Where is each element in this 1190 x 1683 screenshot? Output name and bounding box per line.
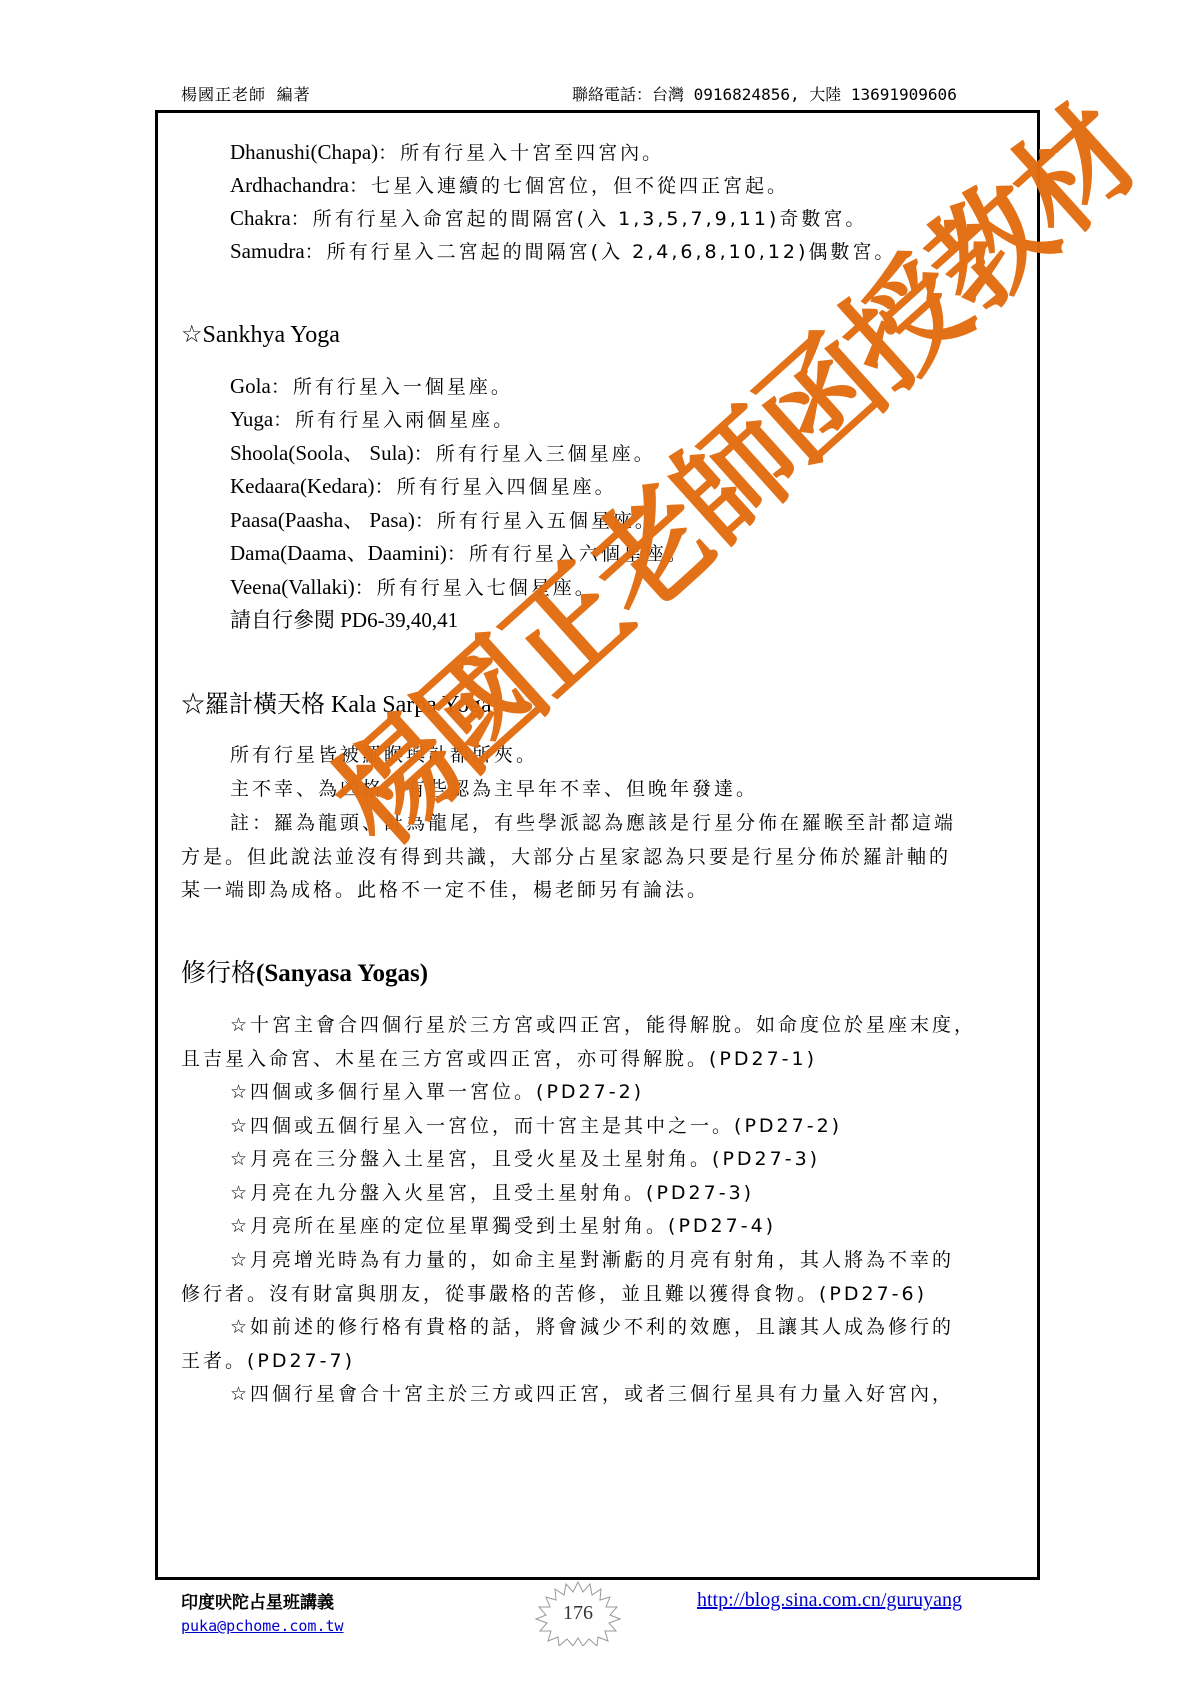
yoga-item: Chakra：所有行星入命宮起的間隔宮(入 1,3,5,7,9,11)奇數宮。 xyxy=(230,205,867,232)
paragraph-line: ☆月亮所在星座的定位星單獨受到土星射角。(PD27-4) xyxy=(230,1213,776,1239)
header-author: 楊國正老師 編著 xyxy=(181,82,311,105)
header-contact: 聯絡電話：台灣 0916824856, 大陸 13691909606 xyxy=(572,82,957,105)
paragraph-line: 所有行星皆被羅睺與計都所夾。 xyxy=(230,742,538,768)
paragraph-line: ☆四個或多個行星入單一宮位。(PD27-2) xyxy=(230,1079,644,1105)
yoga-desc: ：所有行星入三個星座。 xyxy=(414,443,656,465)
yoga-term: Yuga xyxy=(230,407,273,431)
yoga-item: Shoola(Soola、 Sula)：所有行星入三個星座。 xyxy=(230,440,656,467)
yoga-desc: ：所有行星入五個星座。 xyxy=(415,510,657,532)
footer-course-title: 印度吠陀占星班講義 xyxy=(181,1588,334,1613)
yoga-term: Chakra xyxy=(230,206,291,230)
paragraph-line: 修行者。沒有財富與朋友，從事嚴格的苦修，並且難以獲得食物。(PD27-6) xyxy=(181,1281,927,1307)
yoga-item: Samudra：所有行星入二宮起的間隔宮(入 2,4,6,8,10,12)偶數宮… xyxy=(230,238,896,265)
paragraph-line: ☆月亮在三分盤入土星宮，且受火星及土星射角。(PD27-3) xyxy=(230,1146,820,1172)
paragraph-line: ☆十宮主會合四個行星於三方宮或四正宮，能得解脫。如命度位於星座末度， xyxy=(230,1012,976,1038)
page-number-badge: 176 xyxy=(533,1580,623,1646)
section-heading-sankhya: ☆Sankhya Yoga xyxy=(181,322,340,348)
section-heading-kala-sarpa: ☆羅計橫天格 Kala Sarpa Yoga xyxy=(181,692,492,718)
yoga-desc: ：七星入連續的七個宮位，但不從四正宮起。 xyxy=(349,175,789,197)
yoga-desc: ：所有行星入十宮至四宮內。 xyxy=(378,142,664,164)
yoga-desc: ：所有行星入六個星座。 xyxy=(447,543,689,565)
yoga-term: Samudra xyxy=(230,239,305,263)
yoga-desc: ：所有行星入命宮起的間隔宮(入 1,3,5,7,9,11)奇數宮。 xyxy=(291,208,868,230)
yoga-term: Gola xyxy=(230,374,271,398)
yoga-term: Ardhachandra xyxy=(230,173,349,197)
paragraph-line: 且吉星入命宮、木星在三方宮或四正宮，亦可得解脫。(PD27-1) xyxy=(181,1046,817,1072)
yoga-item: Yuga：所有行星入兩個星座。 xyxy=(230,406,515,433)
heading-latin: (Sanyasa Yogas) xyxy=(256,960,428,987)
paragraph-line: ☆月亮在九分盤入火星宮，且受土星射角。(PD27-3) xyxy=(230,1180,754,1206)
paragraph-line: 方是。但此說法並沒有得到共識，大部分占星家認為只要是行星分佈於羅計軸的 xyxy=(181,844,951,870)
yoga-term: Paasa(Paasha、 Pasa) xyxy=(230,508,415,532)
yoga-desc: ：所有行星入兩個星座。 xyxy=(273,409,515,431)
paragraph-line: 王者。(PD27-7) xyxy=(181,1348,355,1374)
paragraph-line: 註：羅為龍頭、計為龍尾，有些學派認為應該是行星分佈在羅睺至計都這端 xyxy=(230,810,956,836)
yoga-term: Kedaara(Kedara) xyxy=(230,474,375,498)
paragraph-line: 主不幸、為凶格。有些認為主早年不幸、但晚年發達。 xyxy=(230,776,758,802)
paragraph-line: ☆月亮增光時為有力量的，如命主星對漸虧的月亮有射角，其人將為不幸的 xyxy=(230,1247,954,1273)
reference-note: 請自行參閱 PD6-39,40,41 xyxy=(230,607,458,633)
page-number: 176 xyxy=(533,1580,623,1646)
yoga-desc: ：所有行星入四個星座。 xyxy=(375,476,617,498)
section-heading-sanyasa: 修行格(Sanyasa Yogas) xyxy=(181,960,428,987)
yoga-item: Paasa(Paasha、 Pasa)：所有行星入五個星座。 xyxy=(230,507,657,534)
footer-blog-link[interactable]: http://blog.sina.com.cn/guruyang xyxy=(697,1589,962,1612)
yoga-item: Dhanushi(Chapa)：所有行星入十宮至四宮內。 xyxy=(230,139,664,166)
yoga-item: Veena(Vallaki)：所有行星入七個星座。 xyxy=(230,574,597,601)
footer-email-link[interactable]: puka@pchome.com.tw xyxy=(181,1617,344,1635)
yoga-item: Kedaara(Kedara)：所有行星入四個星座。 xyxy=(230,473,617,500)
paragraph-line: 某一端即為成格。此格不一定不佳，楊老師另有論法。 xyxy=(181,877,709,903)
yoga-item: Gola：所有行星入一個星座。 xyxy=(230,373,513,400)
paragraph-line: ☆四個行星會合十宮主於三方或四正宮，或者三個行星具有力量入好宮內， xyxy=(230,1381,954,1407)
paragraph-line: ☆如前述的修行格有貴格的話，將會減少不利的效應，且讓其人成為修行的 xyxy=(230,1314,954,1340)
yoga-term: Shoola(Soola、 Sula) xyxy=(230,441,414,465)
yoga-item: Ardhachandra：七星入連續的七個宮位，但不從四正宮起。 xyxy=(230,172,789,199)
yoga-desc: ：所有行星入一個星座。 xyxy=(271,376,513,398)
yoga-term: Dama(Daama、Daamini) xyxy=(230,541,447,565)
yoga-item: Dama(Daama、Daamini)：所有行星入六個星座。 xyxy=(230,540,689,567)
paragraph-line: ☆四個或五個行星入一宮位，而十宮主是其中之一。(PD27-2) xyxy=(230,1113,842,1139)
yoga-desc: ：所有行星入七個星座。 xyxy=(355,577,597,599)
heading-cjk: 修行格 xyxy=(181,958,256,987)
yoga-term: Veena(Vallaki) xyxy=(230,575,355,599)
yoga-term: Dhanushi(Chapa) xyxy=(230,140,378,164)
yoga-desc: ：所有行星入二宮起的間隔宮(入 2,4,6,8,10,12)偶數宮。 xyxy=(305,241,897,263)
